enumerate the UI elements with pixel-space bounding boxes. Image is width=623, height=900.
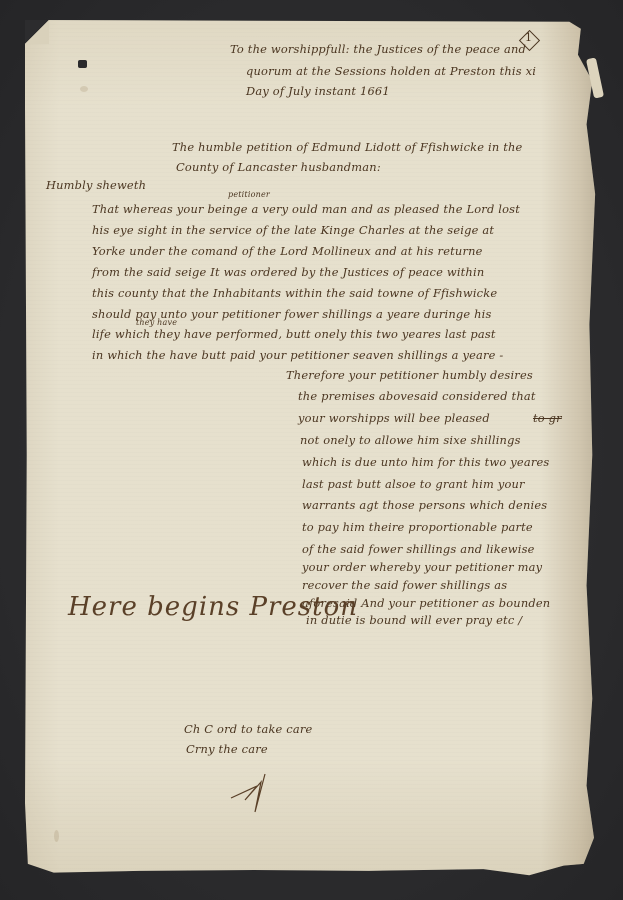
address-line: quorum at the Sessions holden at Preston…: [246, 64, 536, 78]
prayer-line: last past butt alsoe to grant him your: [302, 477, 525, 491]
body-line: life which they have performed, butt one…: [92, 327, 496, 341]
address-line: Day of July instant 1661: [246, 84, 390, 98]
body-line: this county that the Inhabitants within …: [92, 286, 497, 300]
body-line: Yorke under the comand of the Lord Molli…: [92, 244, 483, 258]
prayer-line: which is due unto him for this two yeare…: [302, 455, 549, 469]
folded-corner: [25, 20, 49, 44]
address-line: To the worshippfull: the Justices of the…: [230, 42, 526, 56]
struck-text: to gr: [533, 411, 562, 425]
body-line: in which the have butt paid your petitio…: [92, 348, 503, 362]
body-line: That whereas your beinge a very ould man…: [92, 202, 520, 216]
humbly-sheweth: Humbly sheweth: [46, 178, 146, 192]
paper-stain: [54, 830, 59, 842]
interlinear-insertion: petitioner: [228, 190, 270, 199]
prayer-line: Therefore your petitioner humbly desires: [286, 368, 533, 382]
interlinear-insertion: they have: [136, 318, 177, 327]
endorsement-line: Ch C ord to take care: [184, 722, 312, 736]
endorsement-line: Crny the care: [186, 742, 268, 756]
prayer-line: your order whereby your petitioner may: [302, 560, 542, 574]
signature-flourish-icon: [227, 760, 287, 820]
prayer-line: your worshipps will bee pleased: [298, 411, 490, 425]
signature: Here begins Preston: [68, 592, 358, 622]
body-line: his eye sight in the service of the late…: [92, 223, 494, 237]
heading-line: County of Lancaster husbandman:: [176, 160, 381, 174]
prayer-line: recover the said fower shillings as: [302, 578, 507, 592]
folio-number: 1: [525, 31, 532, 44]
paper-stain: [80, 86, 88, 92]
prayer-line: not onely to allowe him sixe shillings: [300, 433, 521, 447]
prayer-line: the premises abovesaid considered that: [298, 389, 536, 403]
prayer-line: to pay him theire proportionable parte: [302, 520, 533, 534]
prayer-line: of the said fower shillings and likewise: [302, 542, 535, 556]
body-line: from the said seige It was ordered by th…: [92, 265, 484, 279]
prayer-line: warrants agt those persons which denies: [302, 498, 547, 512]
paper-hole: [78, 60, 87, 68]
heading-line: The humble petition of Edmund Lidott of …: [172, 140, 523, 154]
